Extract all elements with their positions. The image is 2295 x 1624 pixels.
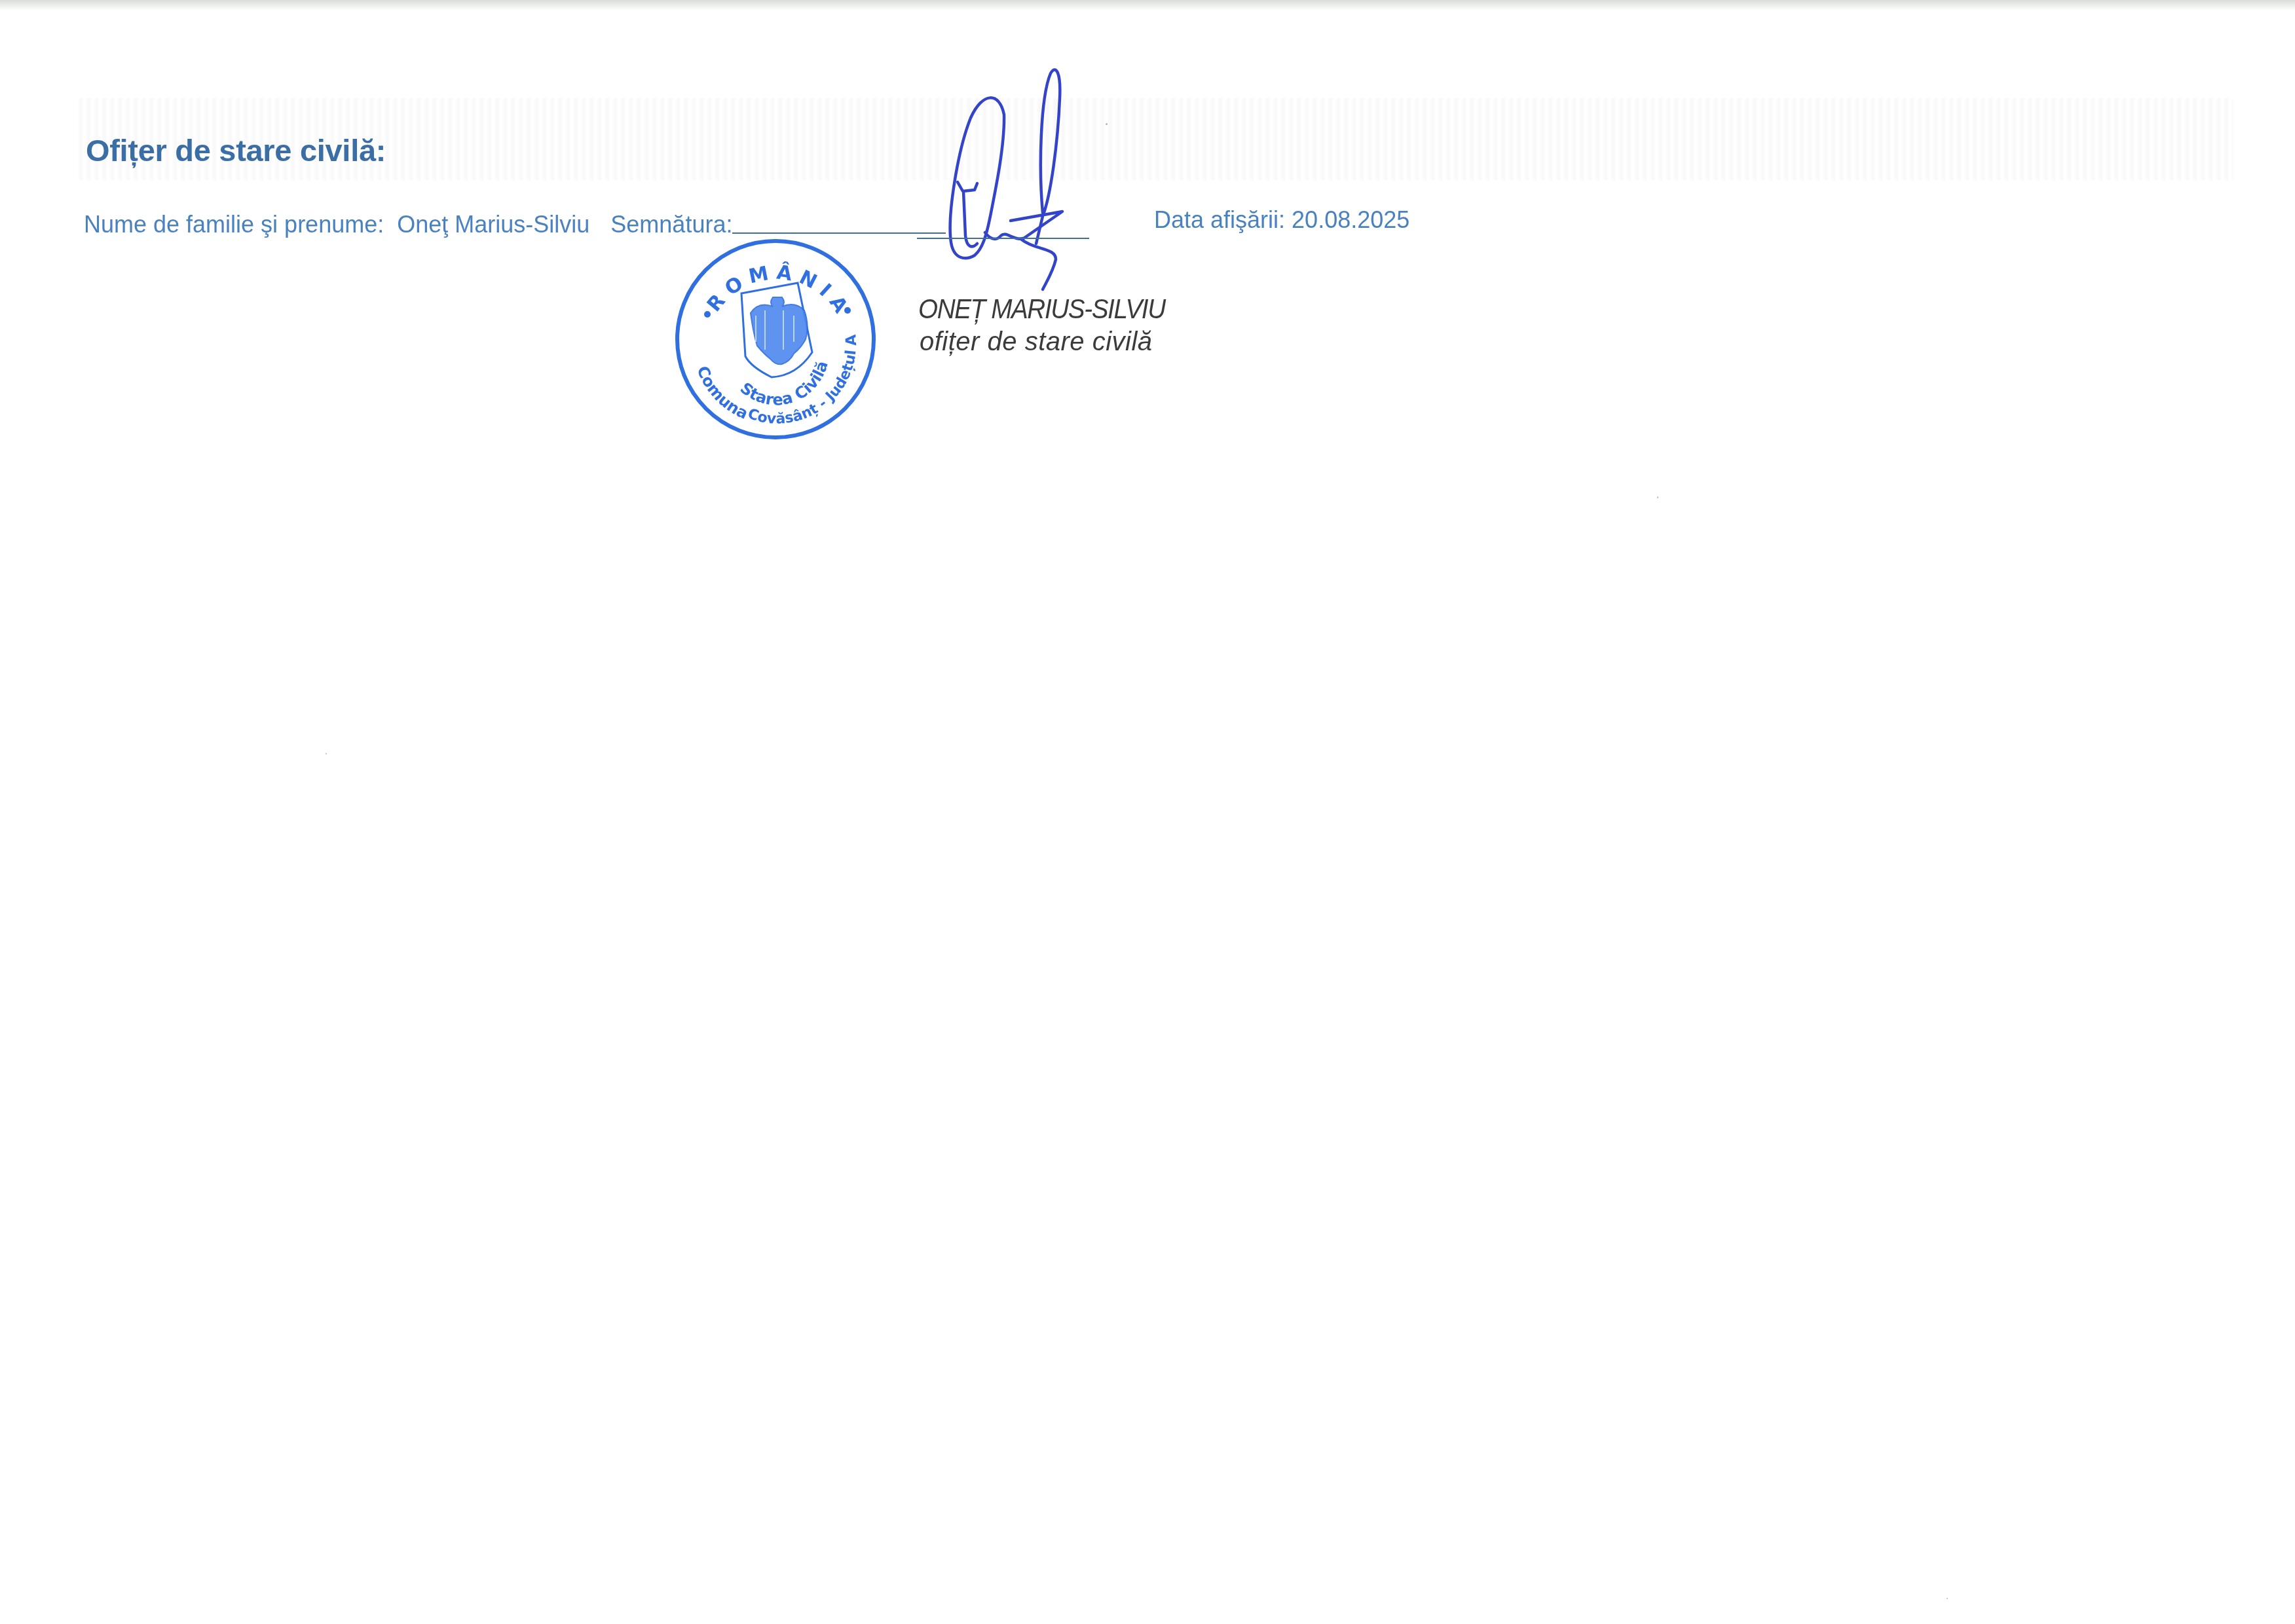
scan-speck: [326, 753, 327, 754]
coat-of-arms-icon: [741, 283, 812, 377]
display-date: Data afişării: 20.08.2025: [1154, 206, 1409, 234]
date-value: 20.08.2025: [1292, 206, 1409, 233]
handwritten-signature: [917, 59, 1113, 308]
date-label: Data afişării:: [1154, 206, 1285, 233]
name-field-label: Nume de familie şi prenume:: [84, 211, 384, 238]
signature-line: [732, 232, 946, 234]
name-field-value: Oneţ Marius-Silviu: [397, 211, 589, 238]
bleed-through-text: [79, 98, 2233, 180]
printed-officer-role: ofițer de stare civilă: [920, 327, 1153, 357]
scan-speck: [1106, 123, 1108, 125]
officer-field-row: Nume de familie şi prenume: Oneţ Marius-…: [84, 211, 946, 238]
signature-label: Semnătura:: [610, 211, 732, 238]
official-stamp: ROMÂNIA Comuna Covăsânț - Județul Arad S…: [673, 237, 878, 441]
scan-speck: [1657, 496, 1658, 498]
printed-officer-name: ONEȚ MARIUS-SILVIU: [918, 293, 1165, 325]
section-heading: Ofițer de stare civilă:: [86, 132, 386, 168]
scan-edge: [0, 0, 2295, 10]
scan-speck: [1947, 1598, 1948, 1599]
